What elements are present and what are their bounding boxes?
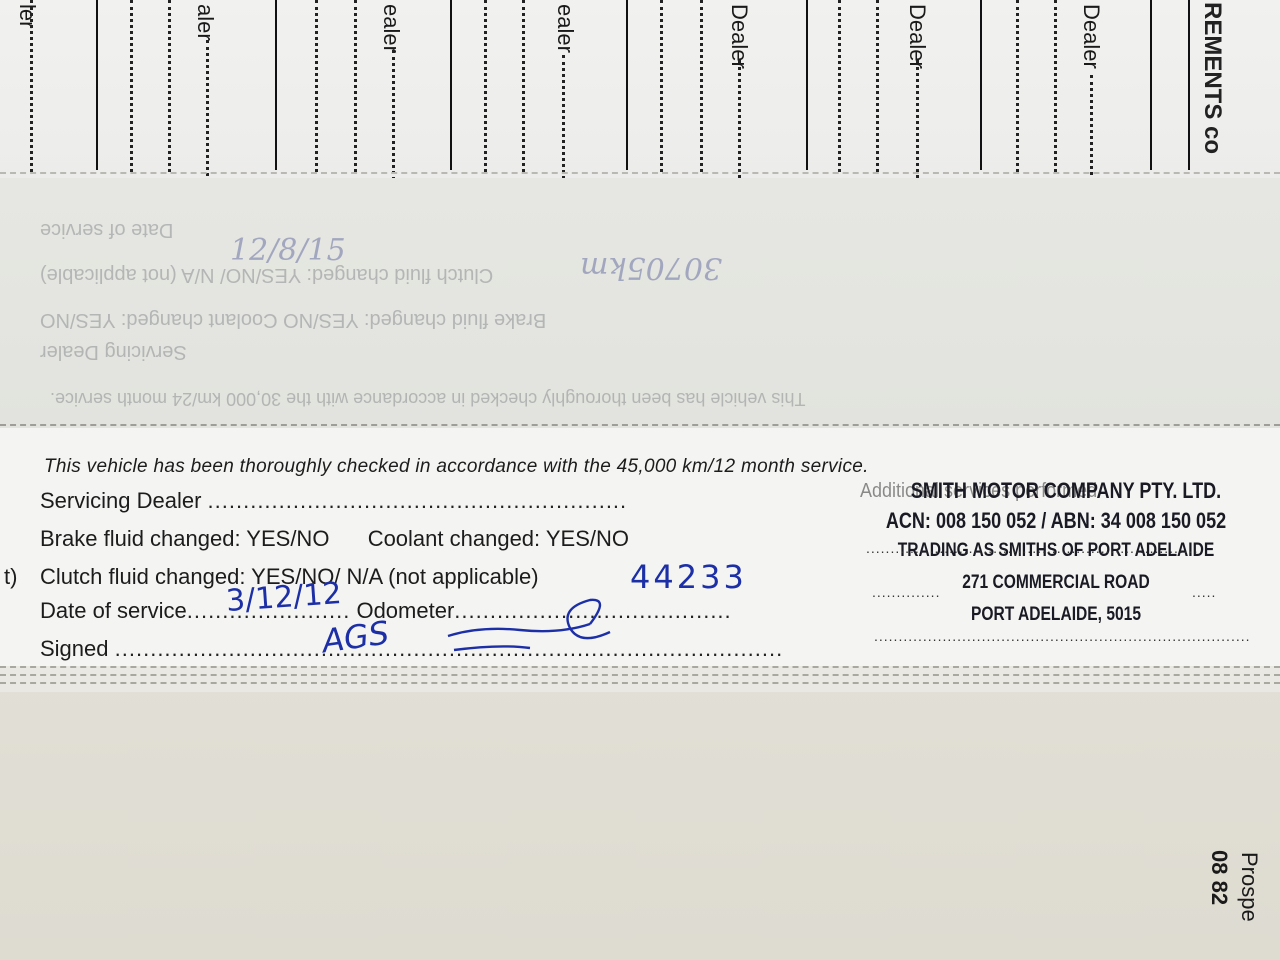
- signature-scrawl: [440, 588, 620, 658]
- section-title: REMENTS co: [1198, 2, 1226, 154]
- mirrored-text: This vehicle has been thoroughly checked…: [50, 388, 805, 409]
- left-margin-fragment: t): [4, 564, 17, 590]
- top-booklet-page: ler aler ealer ealer Dealer Dealer Deale…: [0, 0, 1280, 182]
- service-intro-text: This vehicle has been thoroughly checked…: [44, 456, 869, 478]
- column-label: Dealer: [1078, 4, 1104, 69]
- stacked-page-edge: [0, 666, 1280, 674]
- dotted-line: [660, 0, 663, 172]
- stacked-page-edge: [0, 682, 1280, 692]
- dotted-line: [168, 0, 171, 172]
- mirrored-text: Brake fluid changed: YES/NO Coolant chan…: [40, 308, 546, 331]
- dotted-line: [315, 0, 318, 172]
- coolant-text: Coolant changed: YES/NO: [368, 526, 629, 551]
- dotted-line: [562, 55, 565, 182]
- dotted-line: [1054, 0, 1057, 172]
- mirrored-text: Date of service: [40, 218, 173, 241]
- stamp-company-name: SMITH MOTOR COMPANY PTY. LTD.: [902, 478, 1230, 504]
- handwritten-date: 12/8/15: [230, 233, 346, 268]
- stamp-acn-abn: ACN: 008 150 052 / ABN: 34 008 150 052: [884, 508, 1228, 534]
- dotted-line: [876, 0, 879, 172]
- dotted-line: [206, 40, 209, 182]
- dotted-line: [1016, 0, 1019, 172]
- dotted-line: [838, 0, 841, 172]
- dotted-line: [1090, 75, 1093, 182]
- dotted-line: [522, 0, 525, 172]
- signed-label: Signed: [40, 636, 109, 661]
- column-label: ler: [14, 4, 40, 28]
- dotted-line: .....: [1192, 584, 1216, 600]
- dotted-line: [130, 0, 133, 172]
- mirrored-text: Servicing Dealer: [40, 340, 187, 363]
- column-divider: [1188, 0, 1190, 170]
- dotted-line: ........................................…: [208, 488, 628, 513]
- column-label: aler: [192, 4, 218, 41]
- stacked-page-edge: [0, 674, 1280, 682]
- card-text-line-2: 08 82: [1206, 850, 1232, 905]
- service-record-slip: This vehicle has been thoroughly checked…: [0, 428, 1280, 666]
- dotted-line: [916, 60, 919, 182]
- column-divider: [96, 0, 98, 170]
- column-divider: [450, 0, 452, 170]
- date-of-service-label: Date of service: [40, 598, 187, 623]
- column-divider: [275, 0, 277, 170]
- handwritten-odometer: 30705km: [580, 250, 722, 285]
- fluids-row: Brake fluid changed: YES/NO Coolant chan…: [40, 526, 629, 552]
- servicing-dealer-label: Servicing Dealer: [40, 488, 201, 513]
- dotted-line: ........................................…: [866, 540, 1199, 556]
- signed-row: Signed .................................…: [40, 636, 783, 662]
- column-divider: [980, 0, 982, 170]
- dotted-line: [700, 0, 703, 172]
- stamp-city: PORT ADELAIDE, 5015: [884, 604, 1228, 626]
- column-label: ealer: [552, 4, 578, 53]
- dotted-line: [738, 60, 741, 182]
- column-divider: [806, 0, 808, 170]
- column-divider: [626, 0, 628, 170]
- card-text-line-1: Prospe: [1236, 852, 1262, 922]
- handwritten-odometer-reading: 44233: [630, 558, 747, 596]
- translucent-back-sheet: Date of service Clutch fluid changed: YE…: [0, 178, 1280, 428]
- column-label: ealer: [378, 4, 404, 53]
- dotted-line: [484, 0, 487, 172]
- dotted-line: [392, 50, 395, 182]
- dotted-line: [30, 0, 33, 172]
- servicing-dealer-field: Servicing Dealer .......................…: [40, 488, 627, 514]
- dotted-line: ..............: [872, 584, 940, 600]
- brake-fluid-text: Brake fluid changed: YES/NO: [40, 526, 329, 551]
- dotted-line: ........................................…: [874, 628, 1251, 644]
- column-divider: [1150, 0, 1152, 170]
- dotted-line: [354, 0, 357, 172]
